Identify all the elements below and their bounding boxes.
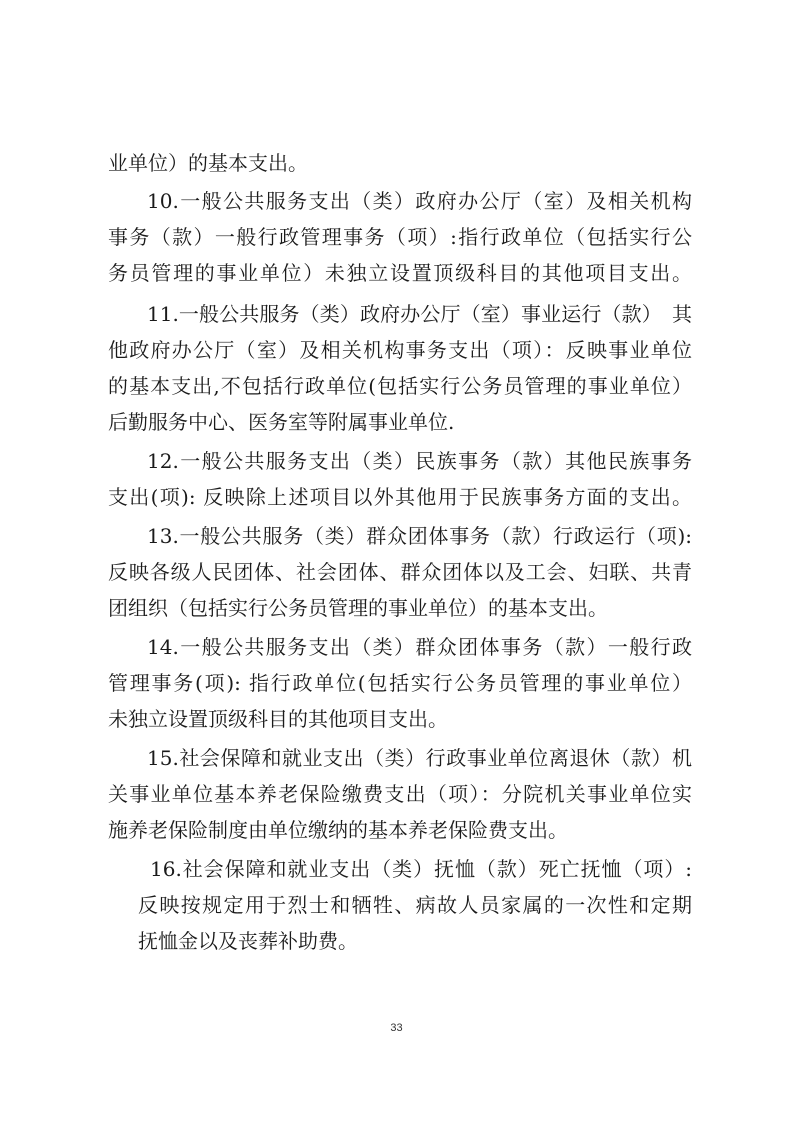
text-line: 的基本支出,不包括行政单位(包括实行公务员管理的事业单位） [108, 368, 692, 404]
text-line: 16.社会保障和就业支出（类）抚恤（款）死亡抚恤（项）: [150, 851, 692, 887]
document-page: 业单位）的基本支出。10.一般公共服务支出（类）政府办公厅（室）及相关机构事务（… [0, 0, 793, 1122]
text-line: 12.一般公共服务支出（类）民族事务（款）其他民族事务 [147, 443, 692, 479]
text-line: 10.一般公共服务支出（类）政府办公厅（室）及相关机构 [147, 183, 692, 219]
text-line: 团组织（包括实行公务员管理的事业单位）的基本支出。 [108, 590, 692, 626]
text-line: 15.社会保障和就业支出（类）行政事业单位离退休（款）机 [147, 740, 692, 776]
text-line: 管理事务(项): 指行政单位(包括实行公务员管理的事业单位） [108, 665, 692, 701]
text-line: 施养老保险制度由单位缴纳的基本养老保险费支出。 [108, 812, 692, 848]
text-line: 反映按规定用于烈士和牺牲、病故人员家属的一次性和定期 [138, 887, 692, 923]
text-line: 11.一般公共服务（类）政府办公厅（室）事业运行（款） 其 [147, 296, 692, 332]
text-line: 反映各级人民团体、社会团体、群众团体以及工会、妇联、共青 [108, 554, 692, 590]
text-line: 事务（款）一般行政管理事务（项）:指行政单位（包括实行公 [108, 219, 692, 255]
text-line: 13.一般公共服务（类）群众团体事务（款）行政运行（项): [147, 518, 692, 554]
text-line: 业单位）的基本支出。 [108, 145, 692, 181]
text-line: 他政府办公厅（室）及相关机构事务支出（项）：反映事业单位 [108, 332, 692, 368]
text-line: 务员管理的事业单位）未独立设置顶级科目的其他项目支出。 [108, 255, 692, 291]
text-line: 后勤服务中心、医务室等附属事业单位. [108, 404, 692, 440]
page-number: 33 [0, 1022, 793, 1034]
text-line: 支出(项): 反映除上述项目以外其他用于民族事务方面的支出。 [108, 479, 692, 515]
text-line: 关事业单位基本养老保险缴费支出（项）：分院机关事业单位实 [108, 776, 692, 812]
text-line: 14.一般公共服务支出（类）群众团体事务（款）一般行政 [147, 629, 692, 665]
text-line: 抚恤金以及丧葬补助费。 [138, 923, 692, 959]
text-line: 未独立设置顶级科目的其他项目支出。 [108, 701, 692, 737]
